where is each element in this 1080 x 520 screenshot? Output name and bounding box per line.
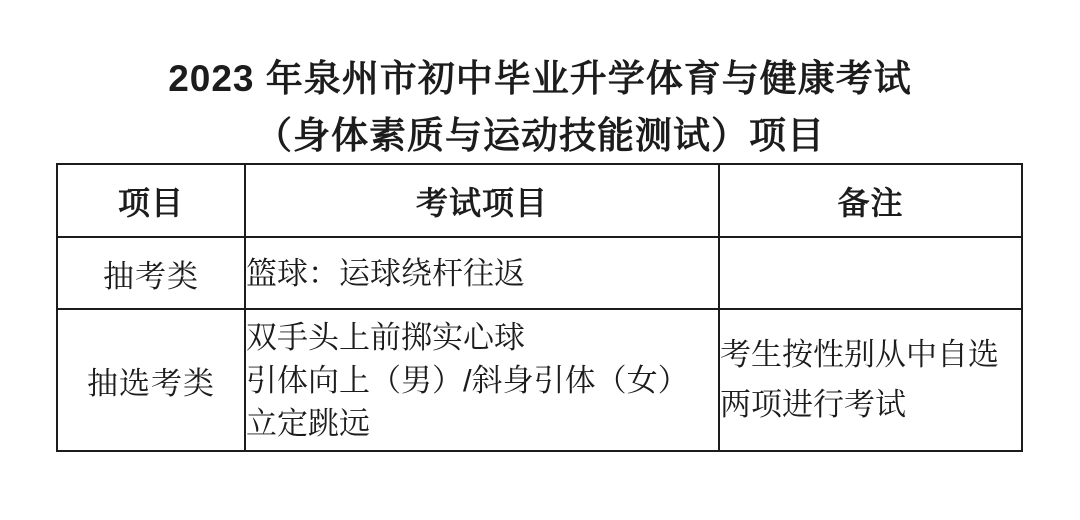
exam-items-table: 项目 考试项目 备注 抽考类 篮球：运球绕杆往返 抽选考类 双手头上前掷实心球 … [56,163,1023,452]
exam-item-line: 引体向上（男）/斜身引体（女） [246,359,718,402]
table-row-choukao: 抽考类 篮球：运球绕杆往返 [57,237,1022,309]
header-cell-category: 项目 [57,164,245,237]
header-cell-exam-items: 考试项目 [245,164,719,237]
exam-items-cell: 双手头上前掷实心球 引体向上（男）/斜身引体（女） 立定跳远 [245,309,719,451]
page-title: 2023 年泉州市初中毕业升学体育与健康考试 （身体素质与运动技能测试）项目 [0,50,1080,164]
exam-items-cell: 篮球：运球绕杆往返 [245,237,719,309]
table-row-chouxuan: 抽选考类 双手头上前掷实心球 引体向上（男）/斜身引体（女） 立定跳远 考生按性… [57,309,1022,451]
notes-cell [719,237,1022,309]
header-cell-notes: 备注 [719,164,1022,237]
table-header-row: 项目 考试项目 备注 [57,164,1022,237]
category-cell: 抽选考类 [57,309,245,451]
page-title-line2: （身体素质与运动技能测试）项目 [0,107,1080,164]
exam-item-line: 双手头上前掷实心球 [246,316,718,359]
exam-item-line: 立定跳远 [246,402,718,445]
notes-cell: 考生按性别从中自选两项进行考试 [719,309,1022,451]
category-cell: 抽考类 [57,237,245,309]
page-title-line1: 2023 年泉州市初中毕业升学体育与健康考试 [0,50,1080,107]
exam-item-line: 篮球：运球绕杆往返 [246,252,718,295]
